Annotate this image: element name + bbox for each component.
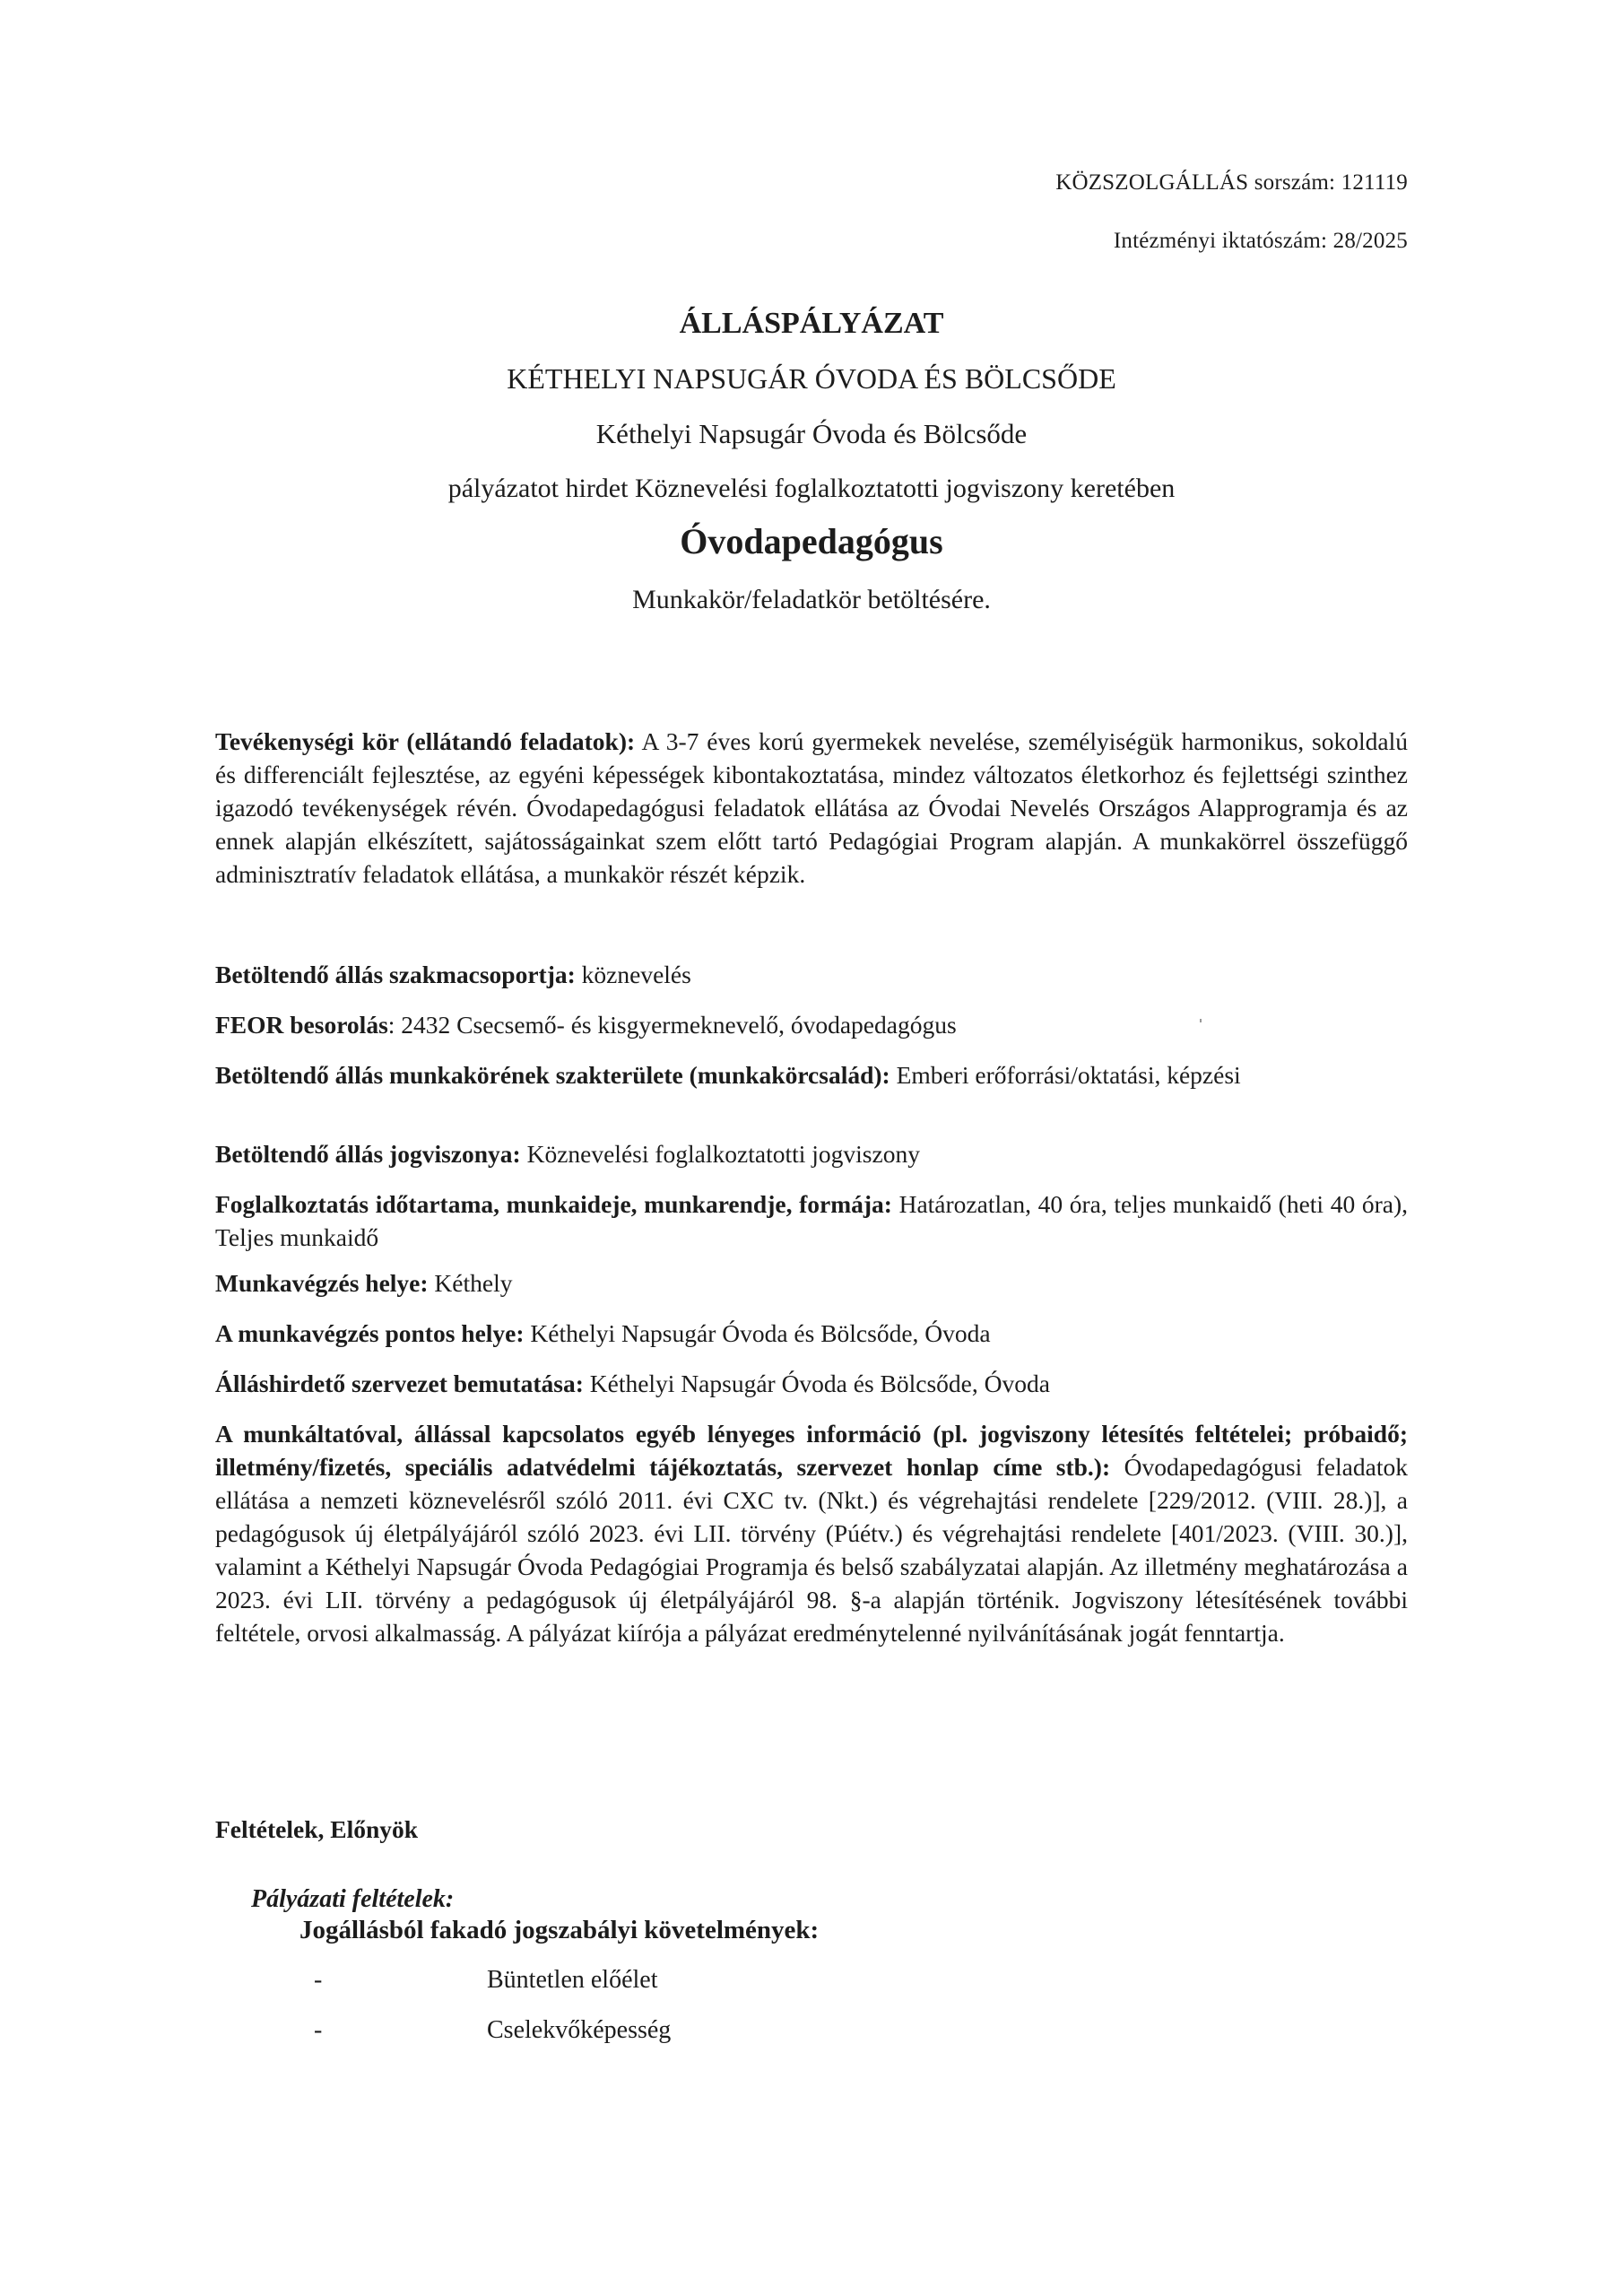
section-legal-relationship: Betöltendő állás jogviszonya: Köznevelés…	[215, 1137, 1408, 1170]
section-professional-area: Betöltendő állás munkakörének szakterüle…	[215, 1058, 1408, 1091]
section-value: Óvodapedagógusi feladatok ellátása a nem…	[215, 1453, 1408, 1647]
section-activity: Tevékenységi kör (ellátandó feladatok): …	[215, 725, 1408, 891]
section-value: Kéthely	[429, 1269, 513, 1297]
dash-bullet-icon: -	[314, 2016, 350, 2045]
section-label: Tevékenységi kör (ellátandó feladatok):	[215, 727, 635, 755]
section-value: Kéthelyi Napsugár Óvoda és Bölcsőde, Óvo…	[525, 1319, 991, 1347]
section-value: : 2432 Csecsemő- és kisgyermeknevelő, óv…	[388, 1011, 957, 1039]
section-feor: FEOR besorolás: 2432 Csecsemő- és kisgye…	[215, 1008, 1408, 1041]
section-label: Betöltendő állás munkakörének szakterüle…	[215, 1061, 890, 1089]
section-organization-intro: Álláshirdető szervezet bemutatása: Kéthe…	[215, 1367, 1408, 1400]
organization-name-upper: KÉTHELYI NAPSUGÁR ÓVODA ÉS BÖLCSŐDE	[0, 362, 1623, 396]
requirement-text: Cselekvőképesség	[487, 2016, 671, 2045]
section-label: FEOR besorolás	[215, 1011, 388, 1039]
dash-bullet-icon: -	[314, 1966, 350, 1995]
section-employment: Foglalkoztatás időtartama, munkaideje, m…	[215, 1187, 1408, 1254]
position-scope: Munkakör/feladatkör betöltésére.	[0, 585, 1623, 615]
requirement-text: Büntetlen előélet	[487, 1966, 658, 1995]
section-value: köznevelés	[576, 961, 691, 988]
section-exact-work-place: A munkavégzés pontos helye: Kéthelyi Nap…	[215, 1317, 1408, 1350]
section-value: Emberi erőforrási/oktatási, képzési	[890, 1061, 1241, 1089]
scan-artifact	[1200, 1019, 1202, 1022]
section-value: Kéthelyi Napsugár Óvoda és Bölcsőde, Óvo…	[584, 1370, 1050, 1397]
public-service-number: KÖZSZOLGÁLLÁS sorszám: 121119	[1055, 170, 1408, 196]
section-label: Betöltendő állás szakmacsoportja:	[215, 961, 576, 988]
legal-requirements-heading: Jogállásból fakadó jogszabályi követelmé…	[299, 1916, 819, 1945]
section-label: A munkavégzés pontos helye:	[215, 1319, 525, 1347]
section-work-place: Munkavégzés helye: Kéthely	[215, 1266, 1408, 1300]
document-title: ÁLLÁSPÁLYÁZAT	[0, 307, 1623, 341]
section-label: Álláshirdető szervezet bemutatása:	[215, 1370, 584, 1397]
section-other-info: A munkáltatóval, állással kapcsolatos eg…	[215, 1417, 1408, 1649]
announcement-line: pályázatot hirdet Köznevelési foglalkozt…	[0, 474, 1623, 504]
organization-name: Kéthelyi Napsugár Óvoda és Bölcsőde	[0, 418, 1623, 450]
institutional-filing-number: Intézményi iktatószám: 28/2025	[1114, 229, 1408, 254]
document-page: KÖZSZOLGÁLLÁS sorszám: 121119 Intézményi…	[0, 0, 1623, 2296]
position-title: Óvodapedagógus	[0, 520, 1623, 562]
conditions-heading: Feltételek, Előnyök	[215, 1815, 418, 1844]
section-label: Munkavégzés helye:	[215, 1269, 429, 1297]
application-conditions-heading: Pályázati feltételek:	[251, 1885, 454, 1914]
section-professional-group: Betöltendő állás szakmacsoportja: köznev…	[215, 958, 1408, 991]
section-label: Betöltendő állás jogviszonya:	[215, 1140, 521, 1168]
section-label: Foglalkoztatás időtartama, munkaideje, m…	[215, 1190, 892, 1218]
section-value: Köznevelési foglalkoztatotti jogviszony	[521, 1140, 920, 1168]
